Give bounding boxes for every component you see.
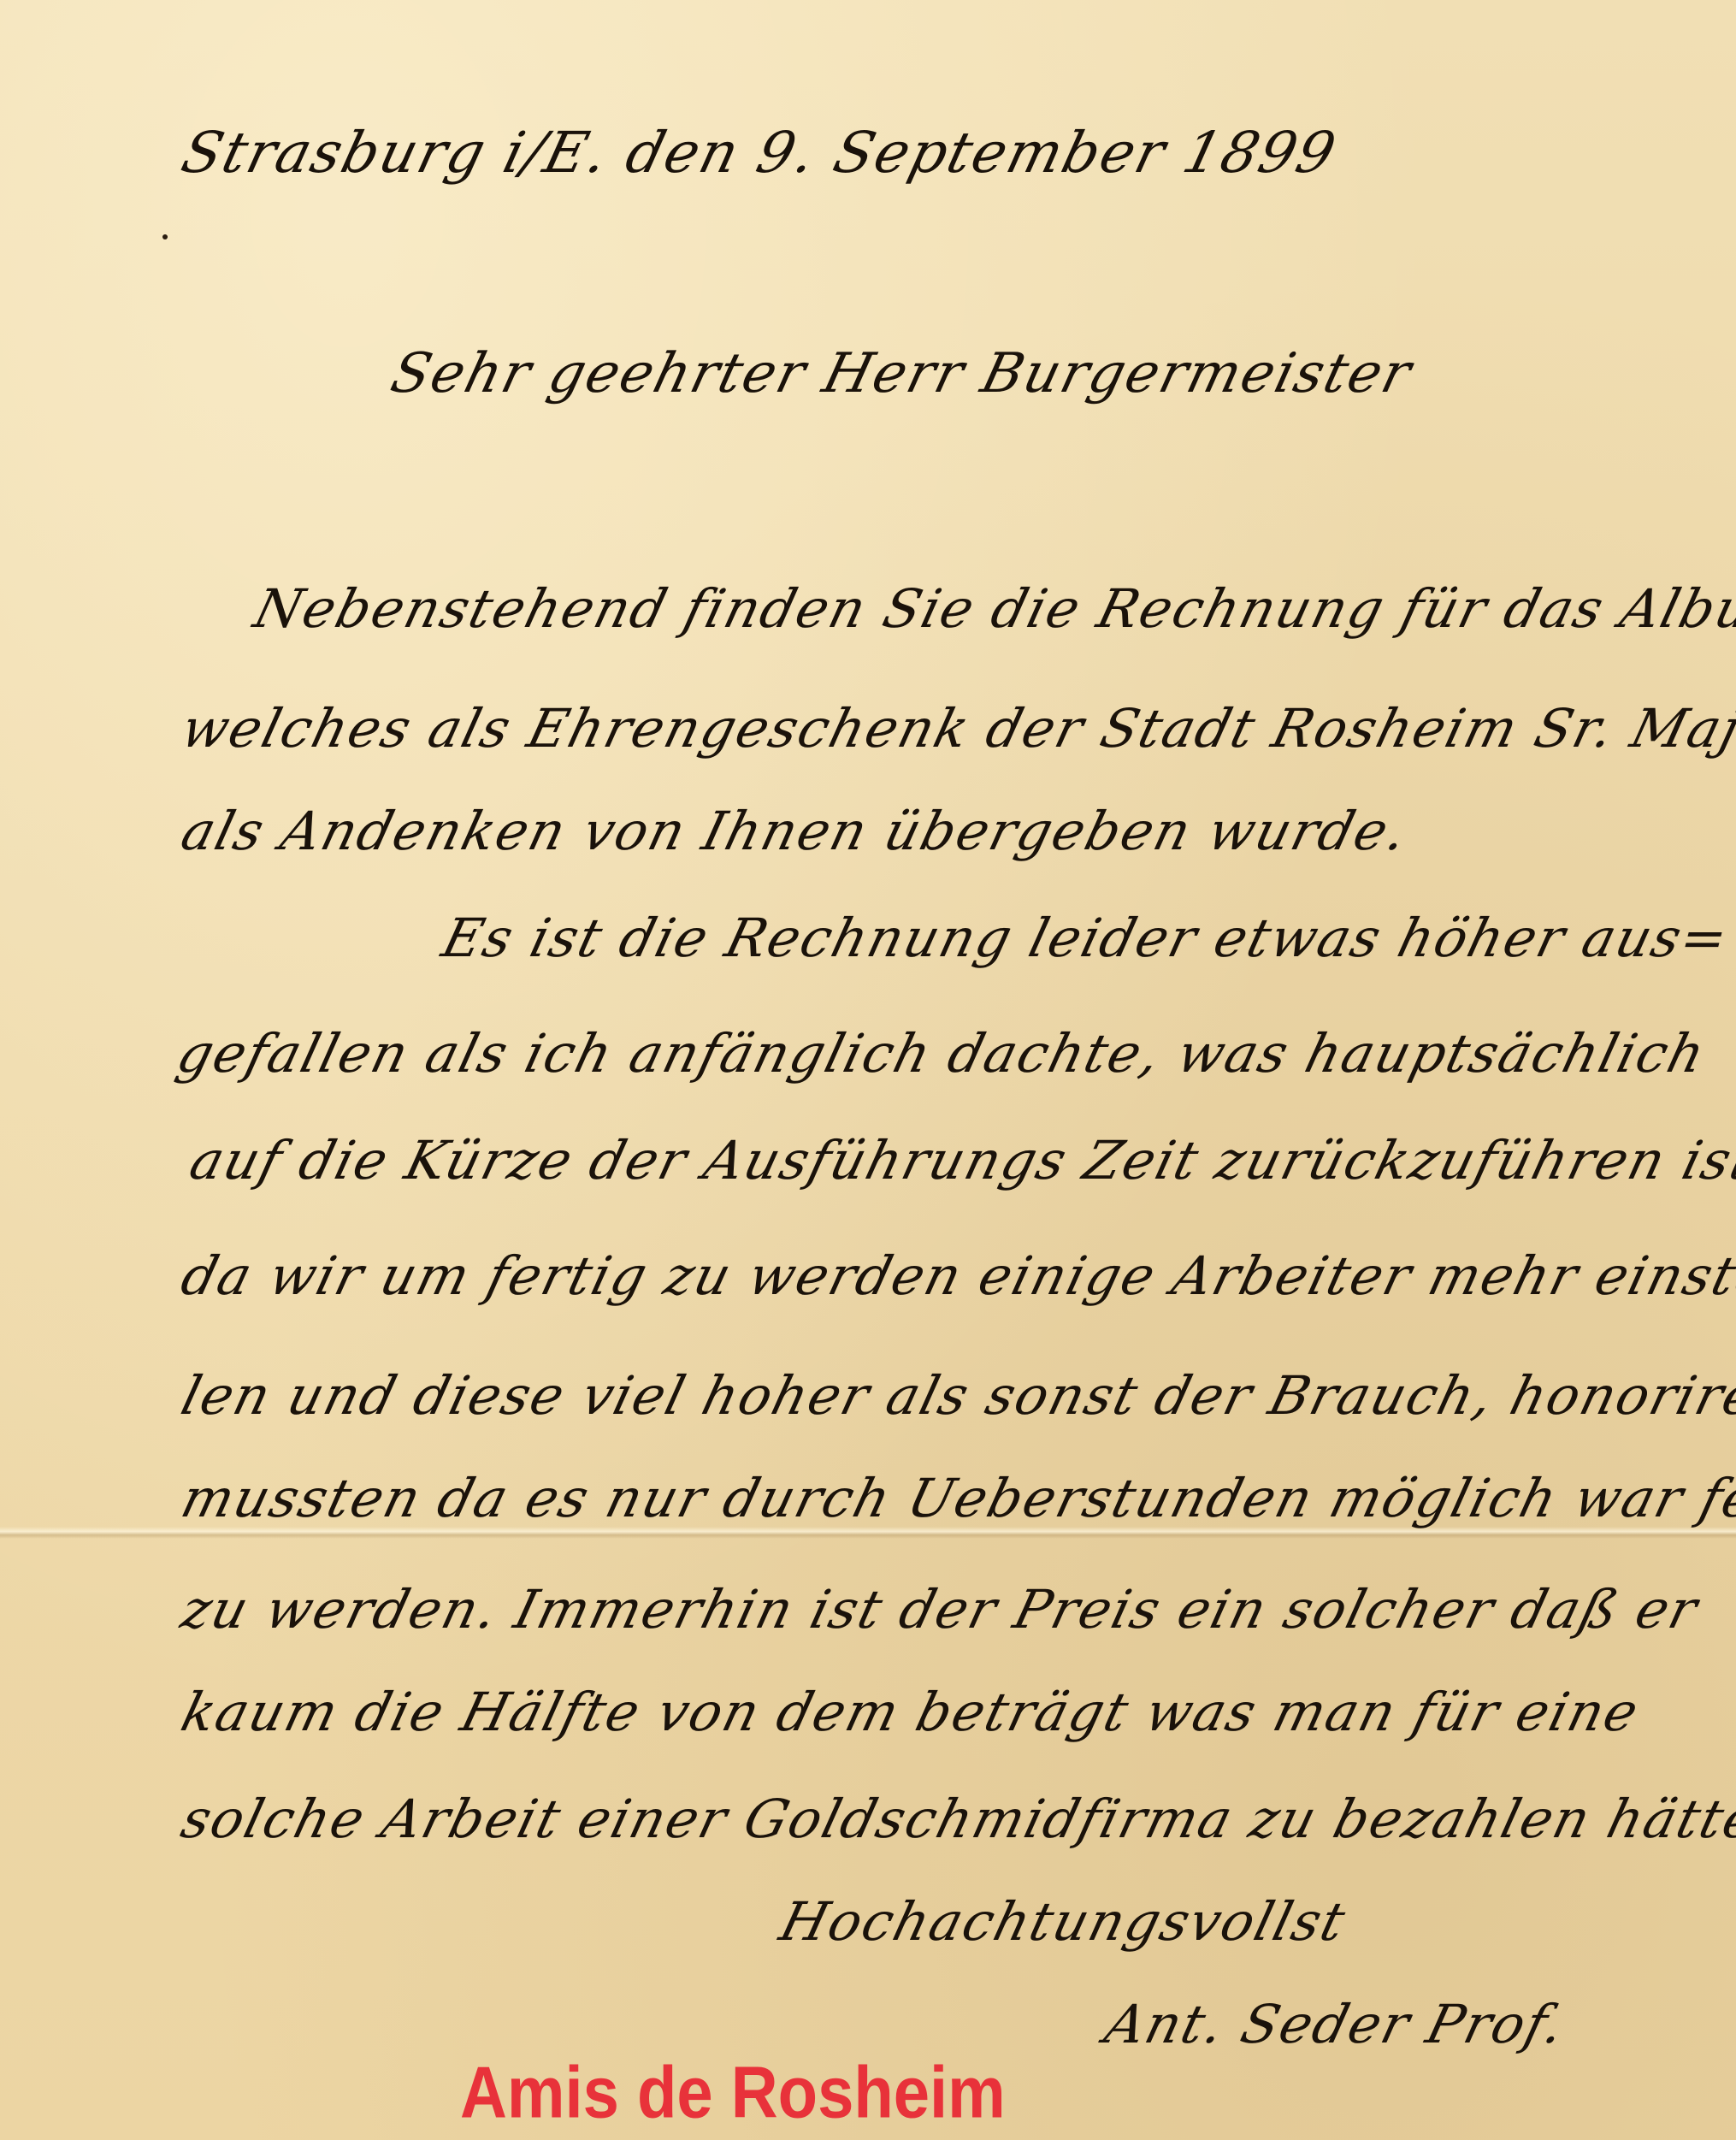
body-line: kaum die Hälfte von dem beträgt was man … bbox=[175, 1681, 1646, 1743]
body-line: da wir um fertig zu werden einige Arbeit… bbox=[175, 1244, 1736, 1307]
place-date-line: Strasburg i/E. den 9. September 1899 bbox=[175, 120, 1343, 186]
ink-dot bbox=[162, 234, 168, 239]
closing-line: Hochachtungsvollst bbox=[774, 1890, 1353, 1953]
watermark-text: Amis de Rosheim bbox=[460, 2051, 1006, 2134]
signature-line: Ant. Seder Prof. bbox=[1099, 1993, 1572, 2055]
body-line: als Andenken von Ihnen übergeben wurde. bbox=[175, 800, 1414, 862]
body-line: Es ist die Rechnung leider etwas höher a… bbox=[436, 907, 1736, 969]
body-line: solche Arbeit einer Goldschmidfirma zu b… bbox=[175, 1788, 1736, 1850]
letter-page: Strasburg i/E. den 9. September 1899 Seh… bbox=[0, 0, 1736, 2140]
body-line: auf die Kürze der Ausführungs Zeit zurüc… bbox=[184, 1129, 1736, 1191]
body-line: welches als Ehrengeschenk der Stadt Rosh… bbox=[175, 697, 1736, 760]
body-line: mussten da es nur durch Ueberstunden mög… bbox=[175, 1467, 1736, 1529]
body-line: len und diese viel hoher als sonst der B… bbox=[175, 1364, 1736, 1427]
body-line: gefallen als ich anfänglich dachte, was … bbox=[171, 1022, 1713, 1085]
salutation-line: Sehr geehrter Herr Burgermeister bbox=[385, 342, 1419, 405]
body-line: zu werden. Immerhin ist der Preis ein so… bbox=[175, 1578, 1705, 1640]
body-line: Nebenstehend finden Sie die Rechnung für… bbox=[248, 577, 1736, 640]
